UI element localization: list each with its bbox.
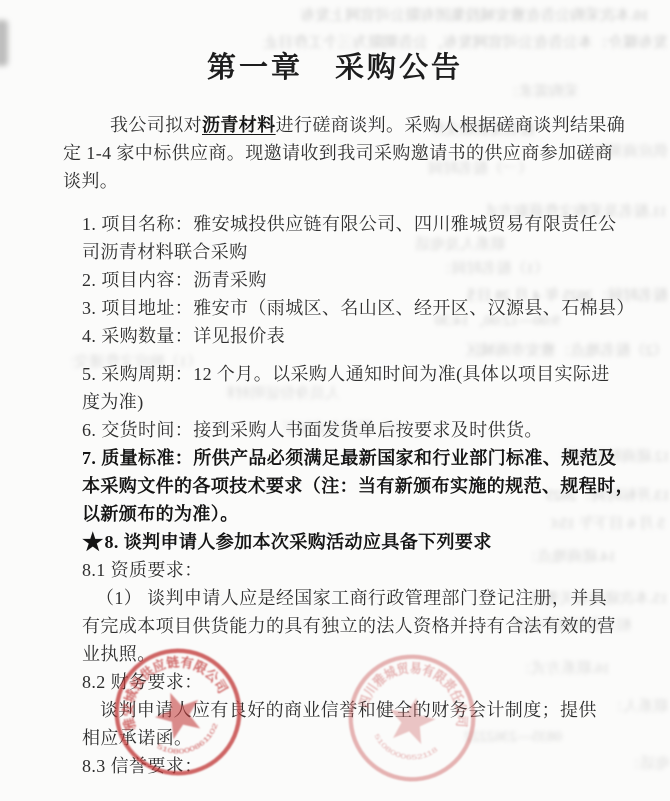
list-item-line: 3. 项目地址：雅安市（雨城区、名山区、经开区、汉源县、石棉县） — [82, 294, 640, 322]
list-item-line: 1. 项目名称：雅安城投供应链有限公司、四川雅城贸易有限责任公 — [82, 210, 640, 238]
highlighted-term: 沥青材料 — [202, 115, 276, 135]
page-title: 第一章 采购公告 — [0, 48, 670, 88]
document-page: 10.本次采购公告在雅安城投集团有限公司官网上发布发布媒介：本公告在公司官网发布… — [0, 0, 670, 801]
list-item-line: （1） 谈判申请人应是经国家工商行政管理部门登记注册，并具 — [82, 584, 640, 612]
intro-line: 定 1-4 家中标供应商。现邀请收到我司采购邀请书的供应商参加磋商 — [63, 139, 630, 167]
list-item-line: 7. 质量标准：所供产品必须满足最新国家和行业部门标准、规范及 — [82, 444, 640, 472]
list-item-text: 8. 谈判申请人参加本次采购活动应具备下列要求 — [105, 532, 492, 552]
list-item-line: ★8. 谈判申请人参加本次采购活动应具备下列要求 — [82, 528, 640, 556]
list-item-line: 司沥青材料联合采购 — [82, 238, 640, 266]
list-item-line: 以新颁布的为准）。 — [82, 500, 640, 528]
list-item-line: 相应承诺函。 — [82, 724, 640, 752]
list-item-line: 度为准) — [82, 388, 640, 416]
list-item-line: 5. 采购周期：12 个月。以采购人通知时间为准(具体以项目实际进 — [82, 360, 640, 388]
list-item-line: 8.1 资质要求： — [82, 556, 640, 584]
intro-line: 谈判。 — [63, 167, 630, 195]
list-item-line: 2. 项目内容：沥青采购 — [82, 266, 640, 294]
items-list: 1. 项目名称：雅安城投供应链有限公司、四川雅城贸易有限责任公司沥青材料联合采购… — [82, 210, 640, 780]
list-item-line: 8.3 信誉要求： — [82, 752, 640, 780]
list-item-line: 8.2 财务要求： — [82, 668, 640, 696]
intro-line: 我公司拟对沥青材料进行磋商谈判。采购人根据磋商谈判结果确 — [63, 111, 630, 139]
intro-paragraph: 我公司拟对沥青材料进行磋商谈判。采购人根据磋商谈判结果确 定 1-4 家中标供应… — [63, 111, 630, 195]
list-item-line: 6. 交货时间：接到采购人书面发货单后按要求及时供货。 — [82, 416, 640, 444]
list-item-line: 本采购文件的各项技术要求（注：当有新颁布实施的规范、规程时， — [82, 472, 640, 500]
star-icon: ★ — [82, 530, 104, 556]
list-item-line: 有完成本项目供货能力的具有独立的法人资格并持有合法有效的营 — [82, 612, 640, 640]
list-item-line: 业执照。 — [82, 640, 640, 668]
list-item-line: 4. 采购数量：详见报价表 — [82, 322, 640, 350]
intro-text: 我公司拟对 — [110, 115, 202, 135]
bleed-line: 10.本次采购公告在雅安城投集团有限公司官网上发布 — [297, 6, 649, 26]
intro-text: 进行磋商谈判。采购人根据磋商谈判结果确 — [276, 115, 626, 135]
list-item-line: 谈判申请人应有良好的商业信誉和健全的财务会计制度；提供 — [82, 696, 640, 724]
